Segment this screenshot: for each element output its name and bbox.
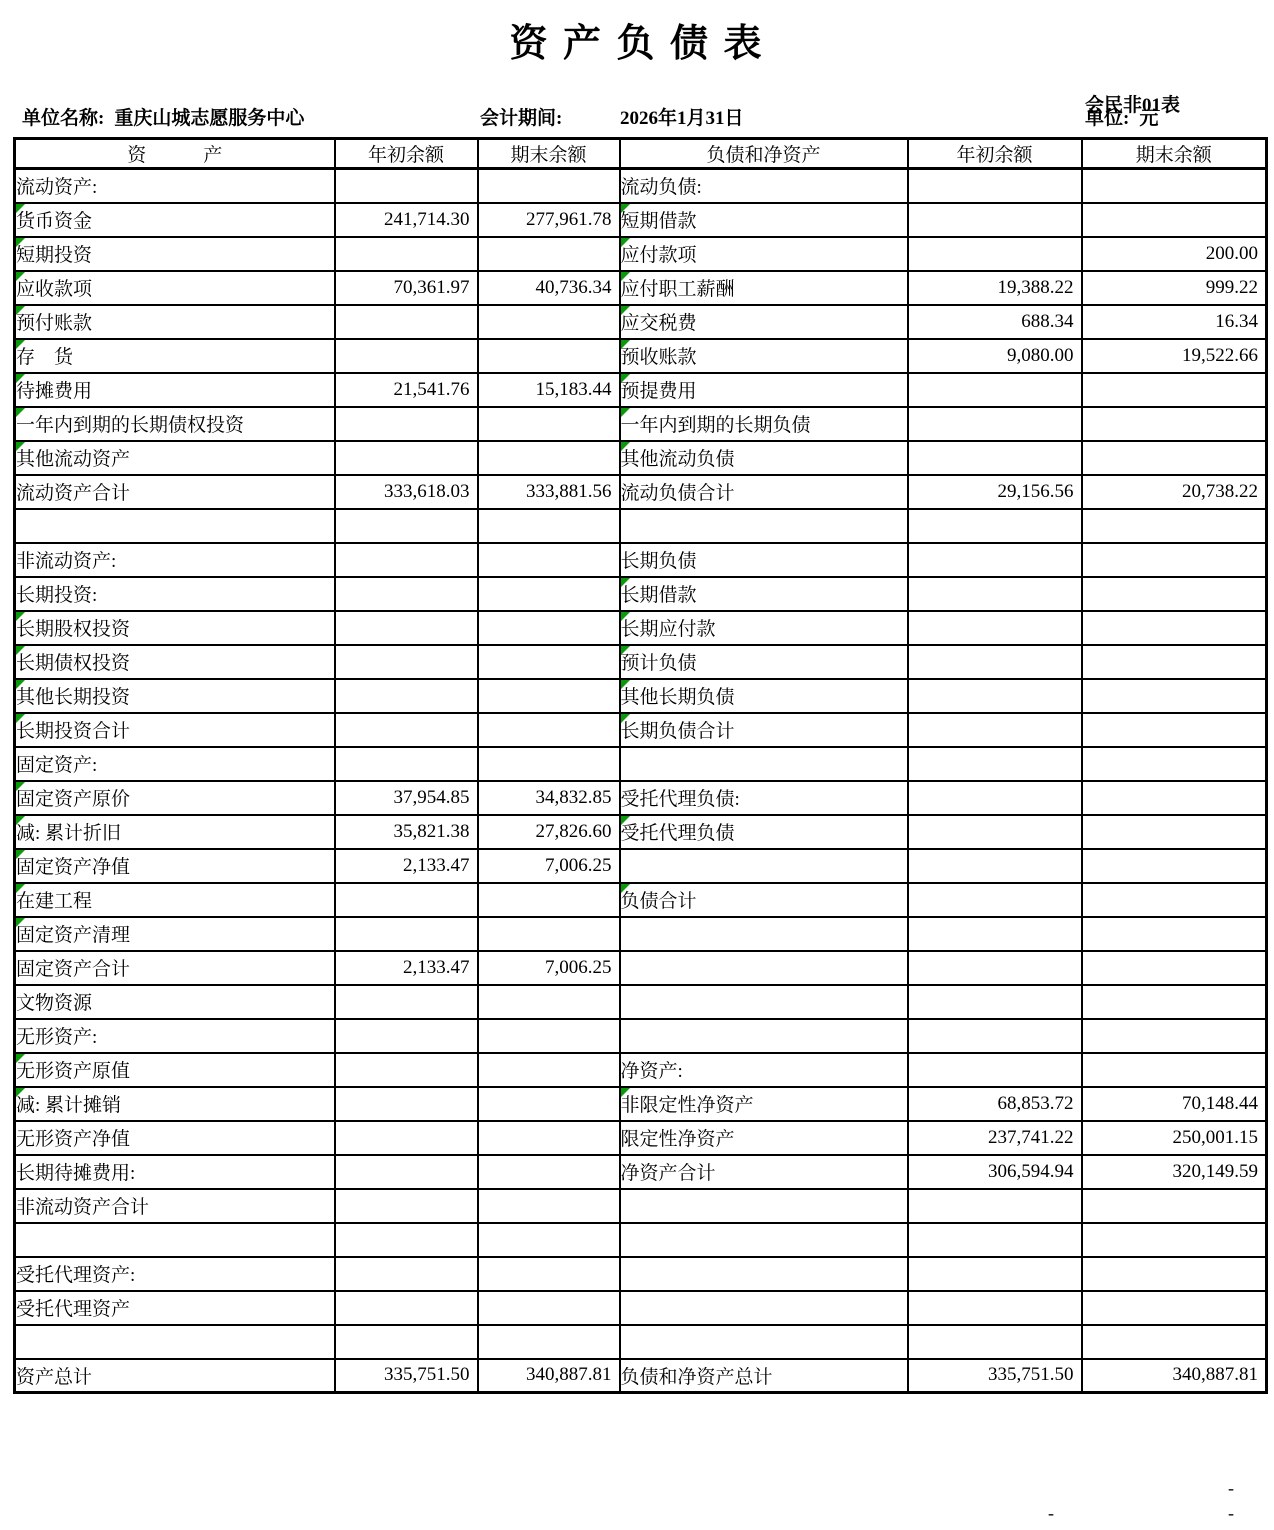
asset-begin-balance-cell (335, 237, 478, 271)
asset-begin-balance-cell (335, 305, 478, 339)
page-title: 资 产 负 债 表 (0, 12, 1274, 67)
period-label: 会计期间: (480, 103, 562, 130)
table-row: 预付账款应交税费688.3416.34 (15, 305, 1267, 339)
table-header-row: 资 产 年初余额 期末余额 负债和净资产 年初余额 期末余额 (15, 139, 1267, 169)
liability-begin-balance-cell (908, 645, 1082, 679)
asset-end-balance-cell: 7,006.25 (478, 849, 620, 883)
asset-end-balance-cell: 34,832.85 (478, 781, 620, 815)
asset-end-balance-cell (478, 543, 620, 577)
table-row: 待摊费用21,541.7615,183.44预提费用 (15, 373, 1267, 407)
asset-name-cell (15, 1223, 335, 1257)
asset-end-balance-cell: 340,887.81 (478, 1359, 620, 1393)
zero-dash: - (1228, 1478, 1234, 1499)
asset-begin-balance-cell (335, 1019, 478, 1053)
col-header-assets: 资 产 (15, 139, 335, 169)
liability-begin-balance-cell (908, 373, 1082, 407)
liability-name-cell (620, 1189, 908, 1223)
table-row (15, 1223, 1267, 1257)
table-row: 无形资产净值限定性净资产237,741.22250,001.15 (15, 1121, 1267, 1155)
asset-name-cell: 在建工程 (15, 883, 335, 917)
liability-end-balance-cell (1082, 917, 1267, 951)
asset-end-balance-cell (478, 441, 620, 475)
excel-green-corner-marker (621, 306, 630, 315)
asset-name-cell: 长期待摊费用: (15, 1155, 335, 1189)
excel-green-corner-marker (621, 272, 630, 281)
table-row: 非流动资产合计 (15, 1189, 1267, 1223)
liability-end-balance-cell: 20,738.22 (1082, 475, 1267, 509)
asset-name-cell: 受托代理资产: (15, 1257, 335, 1291)
table-row: 固定资产合计2,133.477,006.25 (15, 951, 1267, 985)
currency-value: 元 (1139, 108, 1158, 129)
asset-name-cell: 减: 累计折旧 (15, 815, 335, 849)
asset-name-cell: 非流动资产: (15, 543, 335, 577)
liability-end-balance-cell (1082, 1223, 1267, 1257)
balance-sheet-table: 资 产 年初余额 期末余额 负债和净资产 年初余额 期末余额 流动资产:流动负债… (13, 137, 1268, 1394)
excel-green-corner-marker (621, 884, 630, 893)
liability-name-cell: 短期借款 (620, 203, 908, 237)
liability-end-balance-cell (1082, 815, 1267, 849)
excel-green-corner-marker (16, 680, 25, 689)
asset-begin-balance-cell (335, 645, 478, 679)
zero-dash: - (1048, 1503, 1054, 1524)
asset-end-balance-cell (478, 1053, 620, 1087)
liability-end-balance-cell (1082, 1257, 1267, 1291)
col-header-end-balance: 期末余额 (478, 139, 620, 169)
asset-begin-balance-cell: 21,541.76 (335, 373, 478, 407)
table-row: 长期投资合计长期负债合计 (15, 713, 1267, 747)
liability-begin-balance-cell (908, 543, 1082, 577)
asset-name-cell (15, 1325, 335, 1359)
liability-begin-balance-cell (908, 1189, 1082, 1223)
table-row: 其他流动资产其他流动负债 (15, 441, 1267, 475)
asset-name-cell: 预付账款 (15, 305, 335, 339)
asset-end-balance-cell (478, 611, 620, 645)
liability-name-cell: 流动负债: (620, 169, 908, 203)
asset-name-cell (15, 509, 335, 543)
asset-begin-balance-cell (335, 1087, 478, 1121)
asset-end-balance-cell (478, 1257, 620, 1291)
asset-name-cell: 无形资产: (15, 1019, 335, 1053)
asset-end-balance-cell (478, 169, 620, 203)
asset-name-cell: 应收款项 (15, 271, 335, 305)
asset-name-cell: 存 货 (15, 339, 335, 373)
liability-begin-balance-cell (908, 1019, 1082, 1053)
asset-begin-balance-cell (335, 679, 478, 713)
excel-green-corner-marker (621, 238, 630, 247)
period-value: 2026年1月31日 (620, 103, 744, 130)
zero-dash: - (1228, 1503, 1234, 1524)
asset-end-balance-cell (478, 1121, 620, 1155)
excel-green-corner-marker (621, 714, 630, 723)
col-header-liabilities: 负债和净资产 (620, 139, 908, 169)
liability-end-balance-cell (1082, 1019, 1267, 1053)
asset-begin-balance-cell (335, 713, 478, 747)
excel-green-corner-marker (16, 918, 25, 927)
liability-begin-balance-cell (908, 1291, 1082, 1325)
liability-end-balance-cell (1082, 509, 1267, 543)
liability-begin-balance-cell (908, 407, 1082, 441)
excel-green-corner-marker (16, 714, 25, 723)
table-row: 受托代理资产 (15, 1291, 1267, 1325)
asset-name-cell: 固定资产合计 (15, 951, 335, 985)
liability-end-balance-cell (1082, 543, 1267, 577)
excel-green-corner-marker (16, 340, 25, 349)
liability-begin-balance-cell (908, 883, 1082, 917)
table-row: 无形资产: (15, 1019, 1267, 1053)
asset-begin-balance-cell (335, 1189, 478, 1223)
excel-green-corner-marker (621, 408, 630, 417)
asset-end-balance-cell (478, 1189, 620, 1223)
asset-name-cell: 文物资源 (15, 985, 335, 1019)
liability-begin-balance-cell: 688.34 (908, 305, 1082, 339)
asset-name-cell: 固定资产净值 (15, 849, 335, 883)
excel-green-corner-marker (16, 782, 25, 791)
asset-begin-balance-cell (335, 883, 478, 917)
table-row: 短期投资应付款项200.00 (15, 237, 1267, 271)
table-row: 固定资产清理 (15, 917, 1267, 951)
asset-end-balance-cell (478, 237, 620, 271)
liability-end-balance-cell (1082, 1053, 1267, 1087)
liability-begin-balance-cell: 68,853.72 (908, 1087, 1082, 1121)
table-row: 无形资产原值净资产: (15, 1053, 1267, 1087)
liability-begin-balance-cell (908, 713, 1082, 747)
liability-begin-balance-cell (908, 1257, 1082, 1291)
asset-begin-balance-cell (335, 747, 478, 781)
excel-green-corner-marker (16, 612, 25, 621)
liability-end-balance-cell: 320,149.59 (1082, 1155, 1267, 1189)
excel-green-corner-marker (16, 1054, 25, 1063)
liability-name-cell (620, 509, 908, 543)
asset-begin-balance-cell (335, 1121, 478, 1155)
liability-name-cell: 长期应付款 (620, 611, 908, 645)
asset-end-balance-cell (478, 509, 620, 543)
liability-begin-balance-cell (908, 169, 1082, 203)
asset-end-balance-cell (478, 747, 620, 781)
asset-begin-balance-cell (335, 441, 478, 475)
asset-begin-balance-cell: 335,751.50 (335, 1359, 478, 1393)
liability-name-cell (620, 1223, 908, 1257)
asset-begin-balance-cell (335, 1155, 478, 1189)
excel-green-corner-marker (16, 408, 25, 417)
excel-green-corner-marker (621, 646, 630, 655)
asset-begin-balance-cell (335, 1053, 478, 1087)
liability-name-cell (620, 1325, 908, 1359)
liability-name-cell (620, 849, 908, 883)
table-row: 长期待摊费用:净资产合计306,594.94320,149.59 (15, 1155, 1267, 1189)
col-header-end-balance-2: 期末余额 (1082, 139, 1267, 169)
liability-name-cell (620, 1257, 908, 1291)
asset-begin-balance-cell (335, 509, 478, 543)
asset-name-cell: 无形资产原值 (15, 1053, 335, 1087)
asset-name-cell: 货币资金 (15, 203, 335, 237)
excel-green-corner-marker (16, 204, 25, 213)
liability-name-cell: 长期负债 (620, 543, 908, 577)
liability-begin-balance-cell: 9,080.00 (908, 339, 1082, 373)
liability-name-cell (620, 1291, 908, 1325)
asset-end-balance-cell (478, 713, 620, 747)
asset-name-cell: 短期投资 (15, 237, 335, 271)
asset-begin-balance-cell (335, 1223, 478, 1257)
excel-green-corner-marker (16, 1088, 25, 1097)
asset-end-balance-cell (478, 339, 620, 373)
col-header-begin-balance: 年初余额 (335, 139, 478, 169)
asset-end-balance-cell: 333,881.56 (478, 475, 620, 509)
liability-end-balance-cell (1082, 985, 1267, 1019)
liability-end-balance-cell (1082, 169, 1267, 203)
asset-end-balance-cell (478, 679, 620, 713)
asset-end-balance-cell (478, 1291, 620, 1325)
table-row: 减: 累计折旧35,821.3827,826.60受托代理负债 (15, 815, 1267, 849)
liability-name-cell (620, 985, 908, 1019)
excel-green-corner-marker (16, 442, 25, 451)
excel-green-corner-marker (16, 816, 25, 825)
liability-name-cell: 限定性净资产 (620, 1121, 908, 1155)
liability-name-cell: 其他长期负债 (620, 679, 908, 713)
table-row: 应收款项70,361.9740,736.34应付职工薪酬19,388.22999… (15, 271, 1267, 305)
asset-begin-balance-cell (335, 1291, 478, 1325)
asset-end-balance-cell: 7,006.25 (478, 951, 620, 985)
asset-name-cell: 流动资产合计 (15, 475, 335, 509)
asset-end-balance-cell (478, 1325, 620, 1359)
liability-begin-balance-cell: 237,741.22 (908, 1121, 1082, 1155)
currency-group: 单位:元 (1085, 103, 1158, 130)
excel-green-corner-marker (16, 306, 25, 315)
liability-name-cell: 长期负债合计 (620, 713, 908, 747)
liability-end-balance-cell: 200.00 (1082, 237, 1267, 271)
asset-begin-balance-cell (335, 577, 478, 611)
liability-end-balance-cell (1082, 713, 1267, 747)
asset-begin-balance-cell (335, 543, 478, 577)
asset-begin-balance-cell: 35,821.38 (335, 815, 478, 849)
liability-end-balance-cell (1082, 203, 1267, 237)
asset-name-cell: 其他流动资产 (15, 441, 335, 475)
excel-green-corner-marker (16, 646, 25, 655)
liability-name-cell (620, 951, 908, 985)
table-row: 长期债权投资预计负债 (15, 645, 1267, 679)
asset-name-cell: 长期股权投资 (15, 611, 335, 645)
excel-green-corner-marker (16, 850, 25, 859)
table-row: 资产总计335,751.50340,887.81负债和净资产总计335,751.… (15, 1359, 1267, 1393)
liability-begin-balance-cell (908, 1223, 1082, 1257)
asset-end-balance-cell: 15,183.44 (478, 373, 620, 407)
excel-green-corner-marker (621, 578, 630, 587)
liability-begin-balance-cell (908, 611, 1082, 645)
excel-green-corner-marker (621, 340, 630, 349)
liability-end-balance-cell (1082, 1189, 1267, 1223)
asset-name-cell: 长期债权投资 (15, 645, 335, 679)
liability-begin-balance-cell: 29,156.56 (908, 475, 1082, 509)
liability-end-balance-cell (1082, 849, 1267, 883)
table-row: 长期投资:长期借款 (15, 577, 1267, 611)
liability-end-balance-cell (1082, 441, 1267, 475)
liability-end-balance-cell (1082, 747, 1267, 781)
table-row: 固定资产: (15, 747, 1267, 781)
liability-begin-balance-cell (908, 203, 1082, 237)
asset-name-cell: 其他长期投资 (15, 679, 335, 713)
asset-begin-balance-cell (335, 407, 478, 441)
liability-name-cell: 其他流动负债 (620, 441, 908, 475)
table-row: 长期股权投资长期应付款 (15, 611, 1267, 645)
col-header-begin-balance-2: 年初余额 (908, 139, 1082, 169)
table-row: 固定资产原价37,954.8534,832.85受托代理负债: (15, 781, 1267, 815)
table-row: 在建工程负债合计 (15, 883, 1267, 917)
liability-end-balance-cell (1082, 883, 1267, 917)
liability-name-cell: 净资产合计 (620, 1155, 908, 1189)
liability-name-cell: 受托代理负债: (620, 781, 908, 815)
excel-green-corner-marker (621, 680, 630, 689)
liability-end-balance-cell (1082, 373, 1267, 407)
asset-begin-balance-cell: 37,954.85 (335, 781, 478, 815)
liability-begin-balance-cell (908, 509, 1082, 543)
liability-name-cell: 应付职工薪酬 (620, 271, 908, 305)
liability-name-cell: 应交税费 (620, 305, 908, 339)
liability-end-balance-cell: 999.22 (1082, 271, 1267, 305)
asset-end-balance-cell (478, 883, 620, 917)
table-row (15, 509, 1267, 543)
asset-end-balance-cell (478, 1155, 620, 1189)
liability-end-balance-cell (1082, 951, 1267, 985)
liability-end-balance-cell: 19,522.66 (1082, 339, 1267, 373)
liability-begin-balance-cell (908, 951, 1082, 985)
asset-name-cell: 流动资产: (15, 169, 335, 203)
table-row: 非流动资产:长期负债 (15, 543, 1267, 577)
liability-name-cell: 长期借款 (620, 577, 908, 611)
unit-name-label: 单位名称: (22, 108, 104, 129)
asset-name-cell: 长期投资: (15, 577, 335, 611)
excel-green-corner-marker (621, 442, 630, 451)
liability-name-cell (620, 1019, 908, 1053)
liability-name-cell: 一年内到期的长期负债 (620, 407, 908, 441)
asset-end-balance-cell (478, 407, 620, 441)
liability-end-balance-cell (1082, 679, 1267, 713)
liability-name-cell: 流动负债合计 (620, 475, 908, 509)
liability-begin-balance-cell (908, 679, 1082, 713)
liability-name-cell: 非限定性净资产 (620, 1087, 908, 1121)
liability-name-cell (620, 747, 908, 781)
asset-end-balance-cell (478, 305, 620, 339)
table-row: 文物资源 (15, 985, 1267, 1019)
liability-name-cell (620, 917, 908, 951)
asset-name-cell: 固定资产原价 (15, 781, 335, 815)
liability-begin-balance-cell (908, 781, 1082, 815)
asset-end-balance-cell: 277,961.78 (478, 203, 620, 237)
asset-begin-balance-cell (335, 611, 478, 645)
liability-end-balance-cell (1082, 407, 1267, 441)
currency-label: 单位: (1085, 108, 1129, 129)
liability-begin-balance-cell (908, 237, 1082, 271)
asset-name-cell: 受托代理资产 (15, 1291, 335, 1325)
asset-begin-balance-cell: 2,133.47 (335, 951, 478, 985)
liability-begin-balance-cell (908, 815, 1082, 849)
liability-end-balance-cell (1082, 1325, 1267, 1359)
asset-end-balance-cell (478, 1223, 620, 1257)
liability-end-balance-cell (1082, 611, 1267, 645)
excel-green-corner-marker (16, 884, 25, 893)
liability-begin-balance-cell (908, 917, 1082, 951)
asset-begin-balance-cell (335, 917, 478, 951)
table-row: 减: 累计摊销非限定性净资产68,853.7270,148.44 (15, 1087, 1267, 1121)
asset-begin-balance-cell: 70,361.97 (335, 271, 478, 305)
liability-name-cell: 净资产: (620, 1053, 908, 1087)
liability-end-balance-cell (1082, 577, 1267, 611)
asset-end-balance-cell (478, 985, 620, 1019)
liability-name-cell: 预提费用 (620, 373, 908, 407)
table-row: 存 货预收账款9,080.0019,522.66 (15, 339, 1267, 373)
asset-end-balance-cell (478, 1087, 620, 1121)
balance-sheet-body: 流动资产:流动负债:货币资金241,714.30277,961.78短期借款短期… (15, 169, 1267, 1393)
asset-name-cell: 非流动资产合计 (15, 1189, 335, 1223)
asset-begin-balance-cell (335, 985, 478, 1019)
asset-begin-balance-cell (335, 169, 478, 203)
liability-begin-balance-cell: 306,594.94 (908, 1155, 1082, 1189)
liability-end-balance-cell (1082, 781, 1267, 815)
table-row: 其他长期投资其他长期负债 (15, 679, 1267, 713)
asset-begin-balance-cell: 333,618.03 (335, 475, 478, 509)
liability-begin-balance-cell: 19,388.22 (908, 271, 1082, 305)
asset-end-balance-cell (478, 1019, 620, 1053)
asset-end-balance-cell (478, 645, 620, 679)
asset-name-cell: 长期投资合计 (15, 713, 335, 747)
excel-green-corner-marker (16, 374, 25, 383)
excel-green-corner-marker (621, 612, 630, 621)
asset-begin-balance-cell: 241,714.30 (335, 203, 478, 237)
liability-name-cell: 负债和净资产总计 (620, 1359, 908, 1393)
liability-end-balance-cell: 250,001.15 (1082, 1121, 1267, 1155)
liability-name-cell: 预收账款 (620, 339, 908, 373)
asset-name-cell: 无形资产净值 (15, 1121, 335, 1155)
liability-end-balance-cell (1082, 645, 1267, 679)
table-row: 固定资产净值2,133.477,006.25 (15, 849, 1267, 883)
liability-begin-balance-cell (908, 849, 1082, 883)
asset-end-balance-cell: 40,736.34 (478, 271, 620, 305)
table-row: 货币资金241,714.30277,961.78短期借款 (15, 203, 1267, 237)
excel-green-corner-marker (621, 204, 630, 213)
liability-end-balance-cell: 16.34 (1082, 305, 1267, 339)
asset-name-cell: 固定资产: (15, 747, 335, 781)
table-row: 受托代理资产: (15, 1257, 1267, 1291)
table-row: 一年内到期的长期债权投资一年内到期的长期负债 (15, 407, 1267, 441)
meta-line: 单位名称:重庆山城志愿服务中心 会计期间: 2026年1月31日 单位:元 (0, 103, 1274, 129)
liability-end-balance-cell: 340,887.81 (1082, 1359, 1267, 1393)
unit-name-group: 单位名称:重庆山城志愿服务中心 (22, 103, 304, 130)
table-row: 流动资产合计333,618.03333,881.56流动负债合计29,156.5… (15, 475, 1267, 509)
excel-green-corner-marker (16, 272, 25, 281)
liability-end-balance-cell: 70,148.44 (1082, 1087, 1267, 1121)
asset-name-cell: 待摊费用 (15, 373, 335, 407)
excel-green-corner-marker (621, 816, 630, 825)
liability-begin-balance-cell (908, 747, 1082, 781)
asset-end-balance-cell (478, 577, 620, 611)
asset-name-cell: 固定资产清理 (15, 917, 335, 951)
asset-name-cell: 减: 累计摊销 (15, 1087, 335, 1121)
asset-begin-balance-cell (335, 1257, 478, 1291)
liability-begin-balance-cell (908, 1053, 1082, 1087)
asset-begin-balance-cell: 2,133.47 (335, 849, 478, 883)
excel-green-corner-marker (621, 374, 630, 383)
unit-name-value: 重庆山城志愿服务中心 (114, 108, 304, 129)
liability-name-cell: 应付款项 (620, 237, 908, 271)
liability-begin-balance-cell (908, 577, 1082, 611)
asset-end-balance-cell: 27,826.60 (478, 815, 620, 849)
table-row: 流动资产:流动负债: (15, 169, 1267, 203)
asset-name-cell: 资产总计 (15, 1359, 335, 1393)
excel-green-corner-marker (16, 238, 25, 247)
liability-begin-balance-cell (908, 441, 1082, 475)
asset-begin-balance-cell (335, 1325, 478, 1359)
asset-begin-balance-cell (335, 339, 478, 373)
liability-begin-balance-cell (908, 985, 1082, 1019)
liability-begin-balance-cell (908, 1325, 1082, 1359)
